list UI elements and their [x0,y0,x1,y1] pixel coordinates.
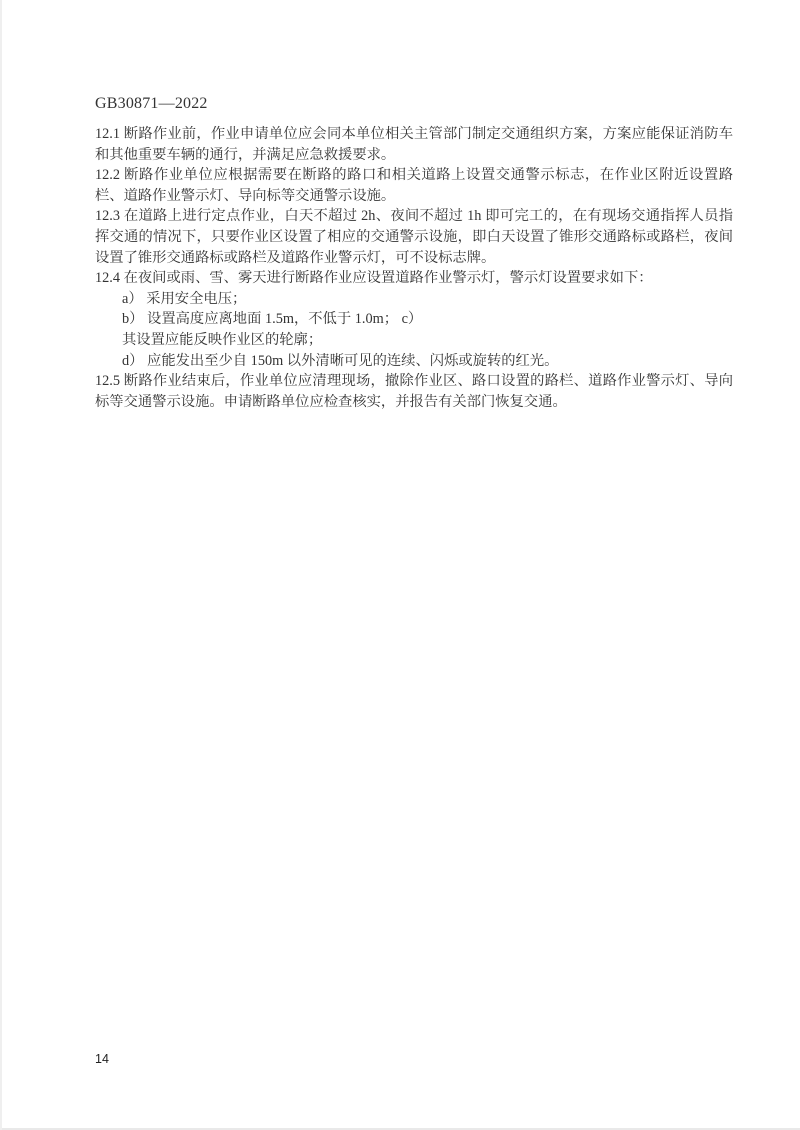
clause-list-item: b） 设置高度应离地面 1.5m，不低于 1.0m； c） [95,309,733,330]
clause-list-item: a） 采用安全电压； [95,289,733,310]
clause-paragraph: 12.3 在道路上进行定点作业，白天不超过 2h、夜间不超过 1h 即可完工的，… [95,206,733,268]
document-page: GB30871—2022 12.1 断路作业前，作业申请单位应会同本单位相关主管… [0,0,800,1130]
clause-list-item: d） 应能发出至少自 150m 以外清晰可见的连续、闪烁或旋转的红光。 [95,351,733,372]
document-body: 12.1 断路作业前，作业申请单位应会同本单位相关主管部门制定交通组织方案，方案… [95,124,733,412]
page-number: 14 [95,1052,109,1066]
clause-paragraph: 12.5 断路作业结束后，作业单位应清理现场，撤除作业区、路口设置的路栏、道路作… [95,371,733,412]
standard-code: GB30871—2022 [95,93,733,115]
document-content: GB30871—2022 12.1 断路作业前，作业申请单位应会同本单位相关主管… [95,93,733,412]
clause-paragraph: 12.2 断路作业单位应根据需要在断路的路口和相关道路上设置交通警示标志，在作业… [95,165,733,206]
clause-paragraph: 12.1 断路作业前，作业申请单位应会同本单位相关主管部门制定交通组织方案，方案… [95,124,733,165]
clause-paragraph: 12.4 在夜间或雨、雪、雾天进行断路作业应设置道路作业警示灯，警示灯设置要求如… [95,268,733,289]
clause-list-item: 其设置应能反映作业区的轮廓； [95,330,733,351]
